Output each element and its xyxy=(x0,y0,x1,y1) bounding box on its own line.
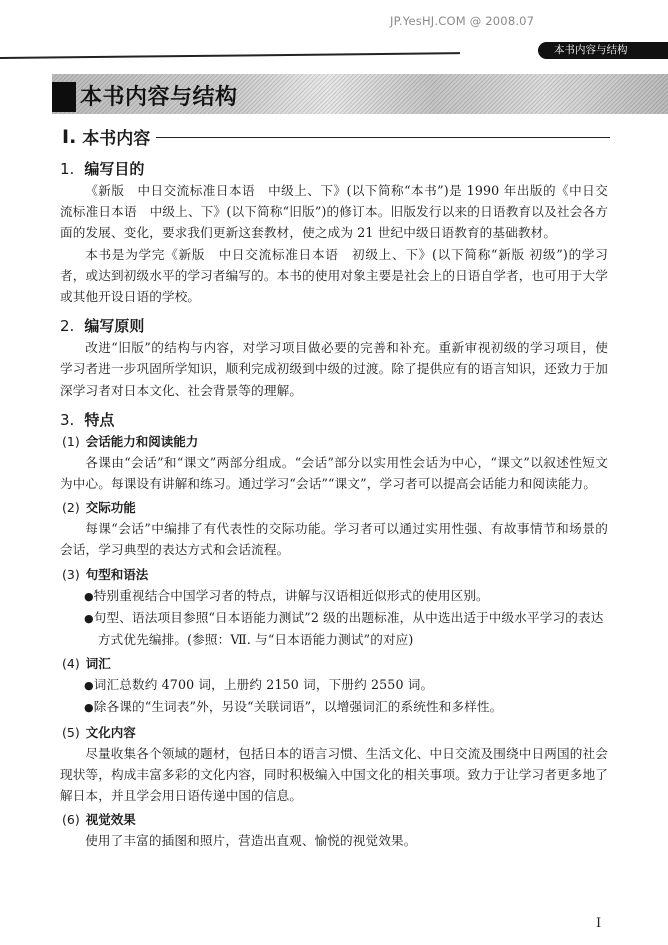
subsection-number: (5) xyxy=(62,725,80,740)
subsection-title: 交际功能 xyxy=(86,500,136,515)
title-block-decoration xyxy=(52,82,76,112)
running-header-tab: 本书内容与结构 xyxy=(538,42,668,59)
bullet-item: ●句型、语法项目参照“日本语能力测试”2 级的出题标准，从中选出适于中级水平学习… xyxy=(84,607,608,650)
subsection-heading: (3)句型和语法 xyxy=(62,564,608,585)
subsection-visual: (6)视觉效果 使用了丰富的插图和照片，营造出直观、愉悦的视觉效果。 xyxy=(60,809,608,851)
section-number: 1. xyxy=(60,160,74,178)
part-number: Ⅰ. xyxy=(62,126,76,148)
header-rule xyxy=(0,52,460,58)
paragraph: 本书是为学完《新版 中日交流标准日本语 初级上、下》(以下简称“新版 初级”)的… xyxy=(60,244,608,308)
bullet-icon: ● xyxy=(84,701,94,714)
subsection-vocabulary: (4)词汇 ●词汇总数约 4700 词，上册约 2150 词，下册约 2550 … xyxy=(60,653,608,718)
bullet-text: 词汇总数约 4700 词，上册约 2150 词，下册约 2550 词。 xyxy=(94,677,434,692)
section-title: 编写原则 xyxy=(84,317,144,335)
paragraph: 《新版 中日交流标准日本语 中级上、下》(以下简称“本书”)是 1990 年出版… xyxy=(60,180,608,244)
bullet-icon: ● xyxy=(84,590,94,603)
bullet-text: 特别重视结合中国学习者的特点，讲解与汉语相近似形式的使用区别。 xyxy=(94,588,489,603)
section-title: 特点 xyxy=(84,411,114,429)
paragraph: 改进“旧版”的结构与内容，对学习项目做必要的完善和补充。重新审视初级的学习项目，… xyxy=(60,337,608,401)
subsection-number: (1) xyxy=(62,434,80,449)
subsection-heading: (4)词汇 xyxy=(62,653,608,674)
bullet-item: ●特别重视结合中国学习者的特点，讲解与汉语相近似形式的使用区别。 xyxy=(84,585,608,607)
bullet-item: ●除各课的“生词表”外，另设“关联词语”，以增强词汇的系统性和多样性。 xyxy=(84,696,608,718)
subsection-heading: (5)文化内容 xyxy=(62,722,608,743)
section-number: 2. xyxy=(60,317,74,335)
paragraph: 每课“会话”中编排了有代表性的交际功能。学习者可以通过实用性强、有故事情节和场景… xyxy=(60,518,608,560)
subsection-title: 文化内容 xyxy=(86,725,136,740)
subsection-number: (6) xyxy=(62,812,80,827)
watermark: JP.YesHJ.COM @ 2008.07 xyxy=(390,14,534,28)
subsection-grammar: (3)句型和语法 ●特别重视结合中国学习者的特点，讲解与汉语相近似形式的使用区别… xyxy=(60,564,608,651)
subsection-culture: (5)文化内容 尽量收集各个领域的题材，包括日本的语言习惯、生活文化、中日交流及… xyxy=(60,722,608,807)
part-heading: Ⅰ. 本书内容 xyxy=(62,124,610,149)
subsection-number: (4) xyxy=(62,656,80,671)
subsection-title: 句型和语法 xyxy=(86,567,149,582)
subsection-title: 视觉效果 xyxy=(86,812,136,827)
section-heading: 3.特点 xyxy=(60,409,608,431)
subsection-title: 词汇 xyxy=(86,656,111,671)
section-heading: 1.编写目的 xyxy=(60,158,608,180)
subsection-number: (2) xyxy=(62,500,80,515)
page-title: 本书内容与结构 xyxy=(80,80,238,111)
subsection-heading: (6)视觉效果 xyxy=(62,809,608,830)
title-banner: 本书内容与结构 xyxy=(52,74,668,114)
paragraph: 各课由“会话”和“课文”两部分组成。“会话”部分以实用性会话为中心，“课文”以叙… xyxy=(60,452,608,494)
paragraph: 使用了丰富的插图和照片，营造出直观、愉悦的视觉效果。 xyxy=(60,830,608,851)
bullet-text: 除各课的“生词表”外，另设“关联词语”，以增强词汇的系统性和多样性。 xyxy=(94,699,503,714)
section-purpose: 1.编写目的 《新版 中日交流标准日本语 中级上、下》(以下简称“本书”)是 1… xyxy=(60,158,608,307)
bullet-icon: ● xyxy=(84,679,94,692)
subsection-conversation-reading: (1)会话能力和阅读能力 各课由“会话”和“课文”两部分组成。“会话”部分以实用… xyxy=(60,431,608,494)
section-title: 编写目的 xyxy=(84,160,144,178)
section-features: 3.特点 (1)会话能力和阅读能力 各课由“会话”和“课文”两部分组成。“会话”… xyxy=(60,409,608,852)
paragraph: 尽量收集各个领域的题材，包括日本的语言习惯、生活文化、中日交流及围绕中日两国的社… xyxy=(60,743,608,807)
section-principles: 2.编写原则 改进“旧版”的结构与内容，对学习项目做必要的完善和补充。重新审视初… xyxy=(60,315,608,401)
bullet-text: 句型、语法项目参照“日本语能力测试”2 级的出题标准，从中选出适于中级水平学习的… xyxy=(94,610,604,647)
subsection-communication: (2)交际功能 每课“会话”中编排了有代表性的交际功能。学习者可以通过实用性强、… xyxy=(60,497,608,560)
subsection-heading: (2)交际功能 xyxy=(62,497,608,518)
bullet-icon: ● xyxy=(84,612,94,625)
page-content: 1.编写目的 《新版 中日交流标准日本语 中级上、下》(以下简称“本书”)是 1… xyxy=(60,158,608,851)
subsection-number: (3) xyxy=(62,567,80,582)
part-label: 本书内容 xyxy=(82,124,150,149)
bullet-item: ●词汇总数约 4700 词，上册约 2150 词，下册约 2550 词。 xyxy=(84,674,608,696)
subsection-heading: (1)会话能力和阅读能力 xyxy=(62,431,608,452)
subsection-title: 会话能力和阅读能力 xyxy=(86,434,199,449)
section-heading: 2.编写原则 xyxy=(60,315,608,337)
part-heading-rule xyxy=(156,137,610,138)
page-number: I xyxy=(596,916,601,931)
section-number: 3. xyxy=(60,411,74,429)
